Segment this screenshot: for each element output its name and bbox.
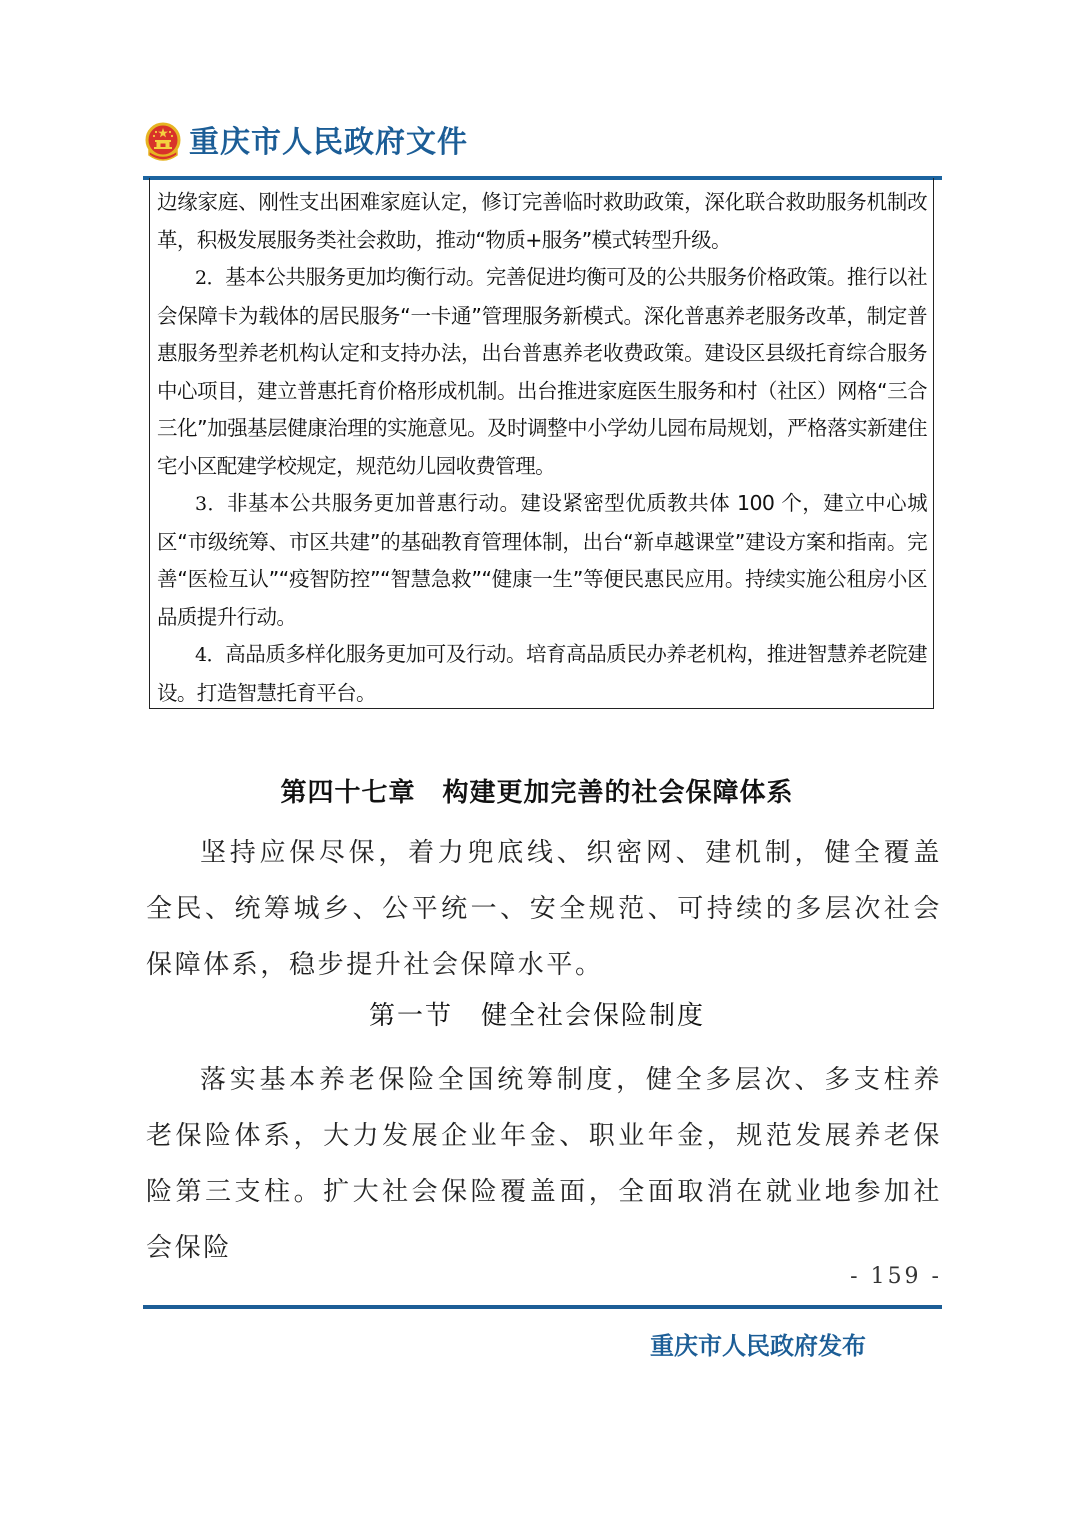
item-number: 4． — [195, 644, 225, 666]
box-paragraph: 边缘家庭、刚性支出困难家庭认定，修订完善临时救助政策，深化联合救助服务机制改革，… — [157, 184, 927, 259]
paragraph-text: 高品质多样化服务更加可及行动。培育高品质民办养老机构，推进智慧养老院建设。打造智… — [157, 642, 927, 705]
paragraph-text: 基本公共服务更加均衡行动。完善促进均衡可及的公共服务价格政策。推行以社会保障卡为… — [157, 265, 927, 478]
action-list-box: 边缘家庭、刚性支出困难家庭认定，修订完善临时救助政策，深化联合救助服务机制改革，… — [149, 178, 934, 709]
item-number: 3． — [195, 493, 227, 515]
section-paragraph: 落实基本养老保险全国统筹制度，健全多层次、多支柱养老保险体系，大力发展企业年金、… — [146, 1052, 942, 1276]
page-number: - 159 - — [850, 1264, 942, 1289]
chapter-intro-text: 坚持应保尽保，着力兜底线、织密网、建机制，健全覆盖全民、统筹城乡、公平统一、安全… — [146, 838, 942, 980]
chapter-intro: 坚持应保尽保，着力兜底线、织密网、建机制，健全覆盖全民、统筹城乡、公平统一、安全… — [146, 825, 942, 993]
box-paragraph: 2．基本公共服务更加均衡行动。完善促进均衡可及的公共服务价格政策。推行以社会保障… — [157, 259, 927, 485]
header-title: 重庆市人民政府文件 — [189, 121, 468, 165]
paragraph-text: 非基本公共服务更加普惠行动。建设紧密型优质教共体 100 个，建立中心城区“市级… — [157, 491, 927, 629]
footer-publisher: 重庆市人民政府发布 — [650, 1326, 866, 1361]
section-paragraph-text: 落实基本养老保险全国统筹制度，健全多层次、多支柱养老保险体系，大力发展企业年金、… — [146, 1065, 942, 1263]
document-header: 重庆市人民政府文件 — [143, 118, 468, 168]
chapter-title: 第四十七章 构建更加完善的社会保障体系 — [0, 772, 1074, 809]
national-emblem-icon — [143, 121, 183, 165]
paragraph-text: 边缘家庭、刚性支出困难家庭认定，修订完善临时救助政策，深化联合救助服务机制改革，… — [157, 190, 927, 252]
footer-divider — [143, 1305, 942, 1309]
box-paragraph: 4．高品质多样化服务更加可及行动。培育高品质民办养老机构，推进智慧养老院建设。打… — [157, 636, 927, 712]
section-title: 第一节 健全社会保险制度 — [0, 995, 1074, 1032]
item-number: 2． — [195, 267, 225, 289]
box-paragraph: 3．非基本公共服务更加普惠行动。建设紧密型优质教共体 100 个，建立中心城区“… — [157, 485, 927, 636]
